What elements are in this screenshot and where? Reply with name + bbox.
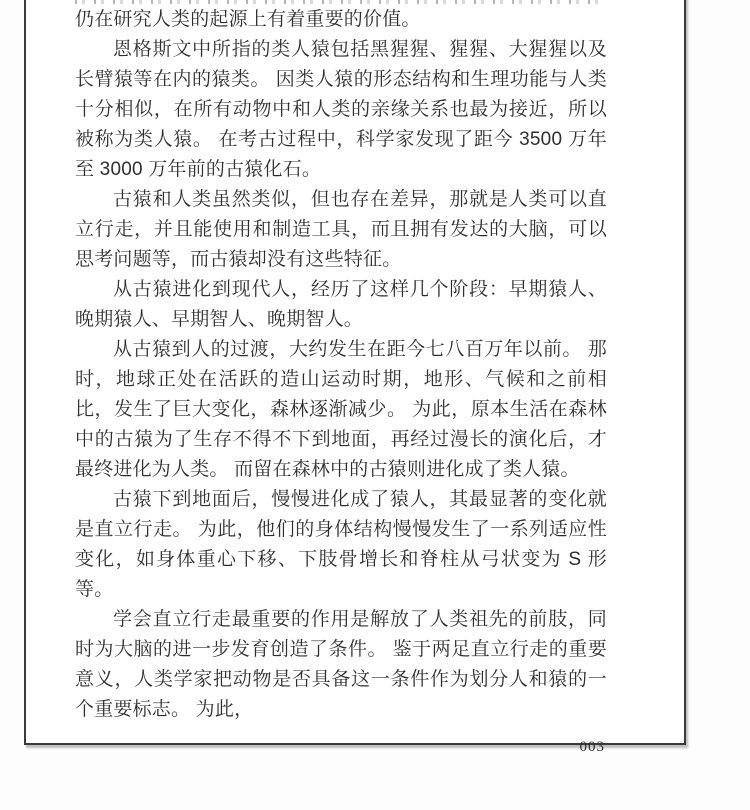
book-page: 仍在研究人类的起源上有着重要的价值。 恩格斯文中所指的类人猿包括黑猩猩、猩猩、大… xyxy=(24,0,686,745)
paragraph: 学会直立行走最重要的作用是解放了人类祖先的前肢，同时为大脑的进一步发育创造了条件… xyxy=(75,605,607,725)
paragraph: 从古猿进化到现代人，经历了这样几个阶段：早期猿人、晚期猿人、早期智人、晚期智人。 xyxy=(75,275,607,335)
paragraph: 古猿和人类虽然类似，但也存在差异，那就是人类可以直立行走，并且能使用和制造工具，… xyxy=(75,185,607,275)
text-column: 仍在研究人类的起源上有着重要的价值。 恩格斯文中所指的类人猿包括黑猩猩、猩猩、大… xyxy=(75,0,607,756)
paragraph: 古猿下到地面后，慢慢进化成了猿人，其最显著的变化就是直立行走。 为此，他们的身体… xyxy=(75,485,607,605)
paragraph-continuation: 仍在研究人类的起源上有着重要的价值。 xyxy=(75,5,607,35)
page-number: 003 xyxy=(75,739,607,756)
scan-background: 仍在研究人类的起源上有着重要的价值。 恩格斯文中所指的类人猿包括黑猩猩、猩猩、大… xyxy=(0,0,750,810)
paragraph: 恩格斯文中所指的类人猿包括黑猩猩、猩猩、大猩猩以及长臂猿等在内的猿类。 因类人猿… xyxy=(75,35,607,185)
cut-off-text-line xyxy=(75,0,607,4)
paragraph: 从古猿到人的过渡，大约发生在距今七八百万年以前。 那时，地球正处在活跃的造山运动… xyxy=(75,335,607,485)
